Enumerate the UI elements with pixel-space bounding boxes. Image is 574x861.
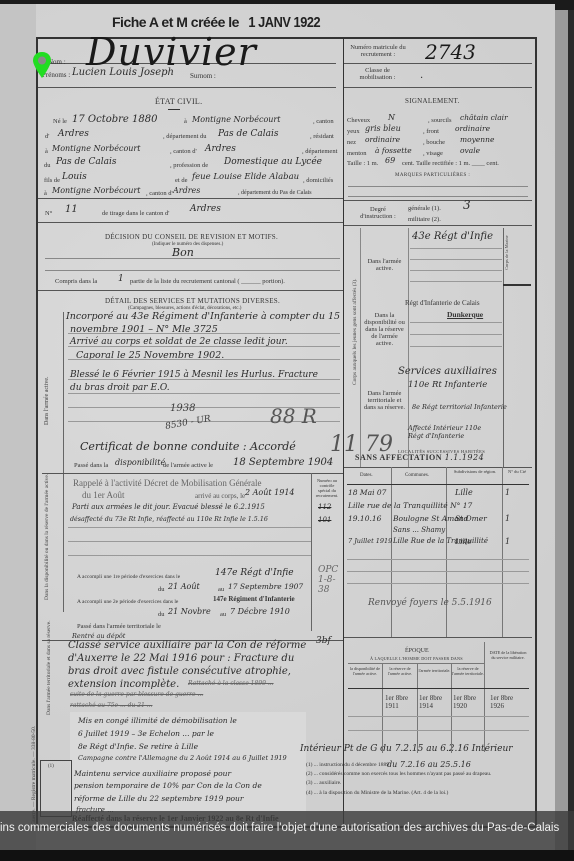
prenoms-value: Lucien Louis Joseph	[72, 67, 174, 78]
front-value: ordinaire	[455, 124, 490, 133]
label: nez	[347, 139, 356, 146]
rule	[410, 346, 502, 347]
matricule-value: 2743	[425, 40, 476, 64]
territoriale-label: Passé dans l'armée territoriale le	[77, 623, 161, 630]
rule	[348, 730, 529, 731]
territoriale-line: bras droit avec fistule consécutive atro…	[68, 666, 291, 677]
label: , profession de	[170, 162, 208, 169]
localite-subdivision: Lille	[455, 488, 473, 497]
passe-label2: de l'armée active le	[163, 462, 213, 469]
periode1-label: A accompli une 1re période d'exercices d…	[77, 574, 180, 580]
label: Cheveux	[347, 117, 370, 124]
epoque-value: 1er 8bre 1920	[453, 694, 483, 710]
rule	[63, 312, 64, 612]
rappele-title: Rappelé à l'activité Décret de Mobilisat…	[73, 478, 262, 488]
label: , département du	[163, 133, 207, 140]
conge-line: réforme de Lille du 22 septembre 1919 po…	[74, 794, 243, 803]
label: fils de	[44, 177, 60, 184]
rule	[38, 198, 343, 199]
copyright-banner-text: ins commerciales des documents numérisés…	[0, 822, 574, 834]
passe-label: Passé dans la	[74, 462, 108, 469]
footnote: (1) ... instruction du 4 décembre 1889	[306, 762, 389, 768]
service-line: Incorporé au 43e Régiment d'Infanterie à…	[66, 311, 340, 322]
struck-line: suite de la guerre par blessure de guerr…	[70, 691, 203, 698]
father-name: Louis	[62, 172, 87, 182]
label: menton	[347, 150, 367, 157]
localites-col-dates: Dates.	[360, 473, 373, 478]
rule	[68, 527, 311, 528]
localite-commune: Lille rue de la Tranquillité N° 17	[348, 501, 458, 510]
label: du	[158, 586, 165, 593]
rule	[344, 637, 532, 638]
label: , canton	[313, 118, 334, 125]
controle-header: Numéro au contrôle spécial du recrutemen…	[313, 478, 341, 498]
etat-civil-title: ÉTAT CIVIL.	[155, 97, 202, 106]
footnote-marker: (1)	[48, 764, 54, 769]
yeux-value: gris bleu	[365, 124, 401, 133]
matricule-label: Numéro matricule du recrutement :	[348, 44, 408, 58]
rule	[348, 716, 529, 717]
label: , domiciliés	[303, 177, 333, 184]
visage-value: ovale	[460, 146, 480, 155]
departement: Pas de Calais	[218, 129, 278, 139]
localites-col-communes: Communes.	[405, 473, 429, 478]
localite-subdivision: St Omer	[455, 514, 487, 523]
surnom-label: Surnom :	[190, 72, 216, 80]
controle-value: 112	[318, 503, 331, 511]
periode2-from: 21 Novbre	[168, 607, 211, 616]
label: et de	[175, 177, 187, 184]
label: , canton d'	[170, 148, 197, 155]
label: , canton d'	[146, 190, 173, 197]
nez-value: ordinaire	[365, 135, 400, 144]
corps-dispo-value: Régt d'Infanterie de Calais	[405, 299, 480, 307]
rule	[417, 663, 418, 753]
epoque-col: la réserve de l'armée territoriale.	[452, 666, 484, 676]
label: à	[45, 148, 48, 155]
periode1-from: 21 Août	[168, 582, 200, 591]
stamp-date: 1.1.1924	[445, 453, 485, 462]
periode2-value: 147e Régiment d'Infanterie	[213, 595, 295, 603]
localite-subdivision: Lille	[455, 537, 472, 546]
rule	[68, 393, 340, 394]
epoque-col: la disponibilité de l'armée active.	[348, 666, 382, 676]
corps-territoriale-value: Services auxiliaires	[398, 366, 497, 377]
rule	[391, 467, 392, 637]
rule	[348, 688, 529, 689]
disponibilite-side-label: Dans la disponibilité ou dans la réserve…	[44, 474, 50, 600]
rule	[45, 270, 340, 271]
classe-value: .	[420, 70, 423, 81]
localite-date: 18 Mai 07	[348, 488, 386, 497]
periode1-value: 147e Régt d'Infie	[215, 568, 294, 578]
localites-col-subdivisions: Subdivisions de région.	[452, 469, 498, 474]
annotation-88r: 88 R	[270, 404, 317, 428]
label: du	[158, 611, 165, 618]
epoque-subtitle: À LAQUELLE L'HOMME DOIT PASSER DANS	[370, 656, 463, 661]
epoque-value: 1er 8bre 1911	[385, 694, 415, 710]
canton: Ardres	[58, 129, 89, 139]
label: , front	[423, 128, 439, 135]
localite-date: 7 Juillet 1919	[348, 537, 392, 545]
signalement-title: SIGNALEMENT.	[405, 97, 460, 105]
parents-domicile: Montigne Norbécourt	[52, 186, 140, 195]
label: à	[44, 190, 47, 197]
mobilisation-line: désaffecté du 73e Rt Infie, réaffecté au…	[70, 516, 268, 523]
rule	[410, 270, 502, 271]
rappele-date: 2 Août 1914	[245, 488, 295, 497]
rule	[348, 196, 528, 197]
rule	[311, 473, 312, 631]
epoque-date-col: DATE de la libération du service militai…	[487, 650, 529, 660]
mother-name: feue Louise Elide Alabau	[192, 172, 299, 182]
footnotes-box	[40, 760, 72, 817]
rule	[410, 334, 502, 335]
rule	[38, 290, 343, 291]
epoque-value: 1er 8bre 1914	[419, 694, 449, 710]
controle-value: 101	[318, 516, 331, 524]
struck-line: Rattaché à la classe 1899 ...	[188, 680, 274, 687]
label: , bouche	[423, 139, 445, 146]
birth-date: 17 Octobre 1880	[72, 114, 157, 125]
passe-value: disponibilité	[115, 458, 165, 467]
label: à	[184, 118, 187, 125]
bouche-value: moyenne	[460, 135, 494, 144]
label: Taille : 1 m.	[347, 160, 378, 167]
corps-active-value: 43e Régt d'Infie	[412, 231, 493, 242]
rule	[168, 109, 180, 110]
renvoye-annotation: Renvoyé foyers le 5.5.1916	[368, 598, 492, 608]
label: Né le	[53, 118, 67, 125]
profession: Domestique au Lycée	[224, 157, 322, 167]
label: cent. Taille rectifiée : 1 m. ____ cent.	[402, 160, 499, 167]
fiche-stamp: Fiche A et M créée le 1 JANV 1922	[112, 14, 327, 31]
corps-dispo-city: Dunkerque	[447, 310, 483, 319]
sourcils-value: châtain clair	[460, 113, 508, 122]
compris-rest: partie de la liste du recrutement canton…	[130, 278, 285, 285]
struck-line: rattaché au 75e ... du 21 ...	[70, 702, 152, 709]
generale-value: 3	[463, 198, 471, 212]
scan-dark-edge	[568, 10, 574, 850]
compris-label: Compris dans la	[55, 278, 97, 285]
rule	[68, 359, 340, 360]
conge-line: pension temporaire de 10% par Con de la …	[74, 781, 262, 790]
conge-line: Mis en congé illimité de démobilisation …	[78, 716, 237, 725]
rule	[503, 284, 531, 286]
menton-value: à fossette	[375, 146, 412, 155]
generale-label: générale (1).	[408, 205, 441, 212]
cheveux-value: N	[388, 113, 395, 122]
rule	[410, 259, 502, 260]
epoque-col: la réserve de l'armée active.	[383, 666, 417, 676]
mobilisation-line: Parti aux armées le dit jour. Evacué ble…	[72, 503, 265, 511]
residence: Montigne Norbécourt	[52, 144, 140, 153]
label: yeux	[347, 128, 360, 135]
services-title: DÉTAIL DES SERVICES ET MUTATIONS DIVERSE…	[105, 297, 280, 305]
taille-value: 69	[385, 156, 395, 165]
rule	[348, 663, 484, 664]
rappele-corps: arrivé au corps, le	[195, 492, 245, 500]
rule	[410, 248, 502, 249]
annotation-1938: 1938	[170, 403, 195, 414]
rule	[360, 228, 361, 468]
rule	[344, 200, 532, 201]
stamp-prefix: Fiche A et M créée le	[112, 14, 239, 30]
rule	[410, 322, 502, 323]
corps-territoriale-value: 8e Régt territorial Infanterie	[412, 403, 507, 411]
marques-label: MARQUES PARTICULIÈRES :	[395, 173, 470, 178]
label: au	[220, 611, 226, 618]
passe-date: 18 Septembre 1904	[233, 457, 333, 468]
rappele-date-label: du 1er Août	[82, 490, 125, 500]
decision-title: DÉCISION DU CONSEIL DE REVISION ET MOTIF…	[105, 233, 278, 241]
corps-territoriale-value: Affecté Intérieur 110e Régt d'Infanterie	[408, 424, 498, 440]
rule	[344, 225, 532, 226]
label: , résidant	[310, 133, 334, 140]
rule	[68, 379, 340, 380]
tirage-canton: Ardres	[190, 204, 221, 214]
annotation-opc: OPC 1-8-38	[318, 565, 338, 595]
conge-line: Maintenu service auxiliaire proposé pour	[74, 769, 231, 778]
marine-label: Corps de la Marine	[504, 235, 509, 270]
residence-canton: Ardres	[205, 144, 236, 154]
label: au	[218, 586, 224, 593]
militaire-label: militaire (2).	[408, 216, 441, 223]
territoriale-line: d'Auxerre le 22 Mai 1916 pour : Fracture…	[68, 653, 294, 664]
tirage-label: N°	[45, 210, 52, 217]
stamp-text: SANS AFFECTATION	[355, 453, 442, 462]
rule	[382, 663, 383, 753]
label: , sourcils	[428, 117, 451, 124]
certificat-bonne-conduite: Certificat de bonne conduite : Accordé	[80, 440, 296, 453]
localite-date: 19.10.16	[348, 514, 381, 523]
localite-cte: 1	[505, 537, 510, 546]
classe-label: Classe de mobilisation :	[350, 67, 405, 81]
territoriale-line: extension incomplète.	[68, 679, 179, 690]
rule	[446, 467, 447, 637]
rule	[347, 571, 529, 572]
rule	[68, 541, 311, 542]
compris-value: 1	[118, 274, 124, 284]
footnote: (3) ... auxiliaire.	[306, 780, 341, 786]
rule	[502, 467, 503, 637]
stamp-date: 1 JANV 1922	[249, 14, 321, 31]
rule	[347, 484, 529, 485]
rule	[38, 87, 336, 88]
epoque-date-value: 1er 8bre 1926	[490, 694, 526, 710]
rule	[347, 583, 529, 584]
interieur-annotation: Intérieur Pt de G du 7.2.15 au 6.2.16 In…	[300, 744, 513, 754]
corps-side-label: Corps auxquels les jeunes gens sont affe…	[352, 278, 358, 385]
label: , département	[302, 148, 337, 155]
territoriale-line: Classé service auxiliaire par la Con de …	[68, 640, 306, 651]
conge-line: 6 Juillet 1919 – 3e Echelon ... par le	[78, 729, 214, 738]
rule	[68, 333, 340, 334]
rule	[451, 663, 452, 753]
label: d'	[45, 133, 49, 140]
corps-active-label: Dans l'armée active.	[362, 258, 407, 272]
footnote: (4) ... à la disposition du Ministre de …	[306, 790, 448, 796]
label: , visage	[423, 150, 443, 157]
service-line: du bras droit par E.O.	[70, 383, 170, 393]
epoque-col: l'armée territoriale.	[418, 668, 451, 673]
rule	[68, 555, 311, 556]
localite-cte: 1	[505, 514, 510, 523]
localite-cte: 1	[505, 488, 510, 497]
rule	[348, 186, 528, 187]
parents-canton: Ardres	[173, 186, 200, 195]
rule	[42, 473, 343, 474]
label: , département du Pas de Calais	[238, 190, 312, 196]
interieur-annotation2: du 7.2.16 au 25.5.16	[387, 760, 471, 769]
localite-commune: Sans ... Shamy	[393, 526, 445, 534]
conge-line: 8e Régt d'Infie. Se retire à Lille	[78, 742, 198, 751]
viewer-bottom-edge	[0, 850, 574, 861]
rule	[484, 642, 485, 752]
rule	[68, 346, 340, 347]
epoque-title: ÉPOQUE	[405, 648, 429, 654]
residence-departement: Pas de Calais	[56, 157, 116, 167]
corps-territoriale-label: Dans l'armée territoriale et dans sa rés…	[362, 390, 407, 411]
location-marker-icon[interactable]	[33, 52, 51, 78]
sans-affectation-stamp: SANS AFFECTATION 1.1.1924	[355, 453, 484, 462]
localites-title: LOCALITÉS SUCCESSIVES HABITÉES	[398, 449, 485, 454]
degre-label: Degré d'instruction :	[356, 206, 400, 220]
localites-col-cte: N° du Cté	[505, 469, 529, 474]
conge-line: Campagne contre l'Allemagne du 2 Août 19…	[78, 754, 287, 762]
rule	[45, 258, 340, 259]
label: du	[44, 162, 51, 169]
corps-dispo-label: Dans la disponibilité ou dans la réserve…	[362, 312, 407, 347]
corps-territoriale-value: 110e Rt Infanterie	[408, 380, 487, 390]
periode2-label: A accompli une 2e période d'exercices da…	[77, 599, 178, 605]
tirage-number: 11	[65, 204, 78, 215]
localite-commune: Lille Rue de la Tranquillité	[393, 537, 453, 545]
territoriale-side-label: Dans l'armée territoriale et dans sa rés…	[46, 620, 52, 715]
rule	[344, 467, 532, 468]
annotation-3bf: 3bf	[316, 636, 331, 646]
birth-place: Montigne Norbécourt	[192, 115, 280, 124]
rule	[344, 87, 532, 88]
territoriale-value: Rentré au dépôt	[72, 632, 125, 640]
rule	[347, 559, 529, 560]
tirage-label2: de tirage dans le canton d'	[102, 210, 169, 217]
footnote: (2) ... considérés comme non exercés tou…	[306, 771, 491, 777]
rule	[38, 222, 343, 223]
rule	[410, 281, 502, 282]
active-side-label: Dans l'armée active.	[44, 376, 50, 425]
periode2-to: 7 Décbre 1910	[230, 607, 290, 616]
periode1-to: 17 Septembre 1907	[228, 582, 303, 591]
